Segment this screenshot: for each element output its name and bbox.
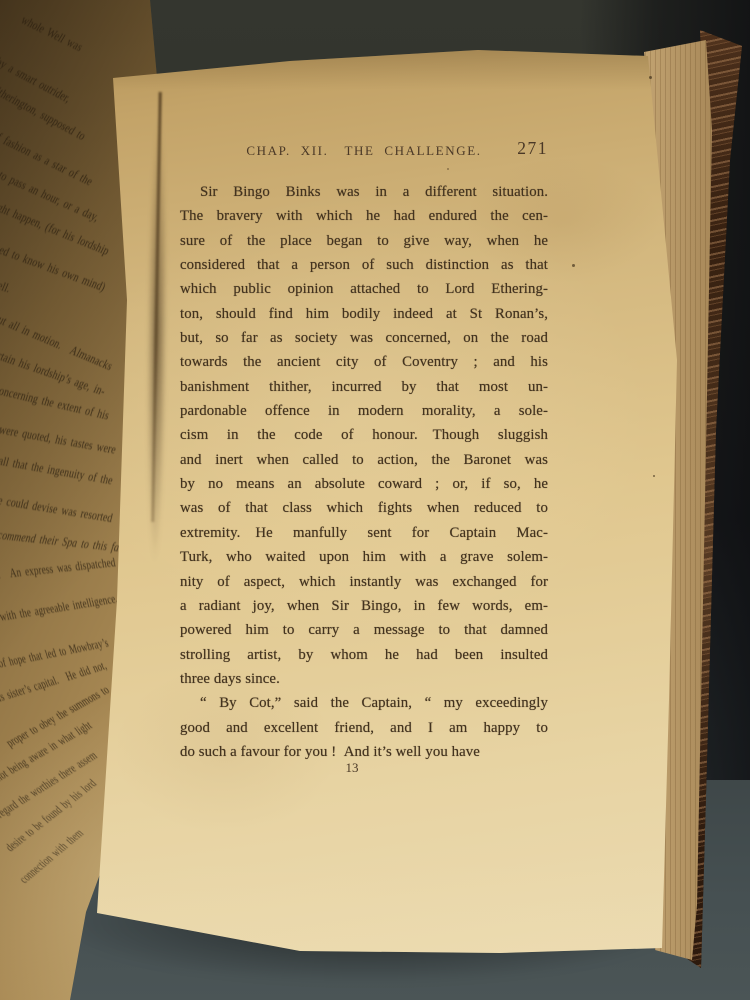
left-page-text-line: whole Well was	[18, 13, 85, 55]
text-line: cism in the code of honour. Though slugg…	[180, 423, 548, 447]
text-line: Sir Bingo Binks was in a different situa…	[180, 180, 548, 204]
text-line: strolling artist, by whom he had been in…	[180, 643, 548, 667]
text-line: The bravery with which he had endured th…	[180, 204, 548, 228]
text-line: but, so far as society was concerned, on…	[180, 326, 548, 350]
left-page-text-line: recommend their Spa to this fa-	[0, 527, 124, 556]
left-page-text-line: d all that the ingenuity of the	[0, 452, 114, 488]
ink-speck	[447, 168, 449, 170]
left-page-text-line: ell.	[0, 279, 13, 297]
book-photo: whole Well was ght by a smart outrider, …	[0, 0, 750, 1000]
text-line: sure of the place began to give way, whe…	[180, 229, 548, 253]
text-line: which public opinion attached to Lord Et…	[180, 277, 548, 301]
signature-mark: 13	[168, 760, 536, 776]
left-page-text-line: mittee could devise was resorted	[0, 490, 114, 526]
left-page-text-line: e. An express was dispatched	[0, 555, 117, 583]
text-line: banishment thither, incurred by that mos…	[180, 375, 548, 399]
text-line: considered that a person of such distinc…	[180, 253, 548, 277]
page-number: 271	[517, 138, 548, 159]
text-line: towards the ancient city of Coventry ; a…	[180, 350, 548, 374]
text-line: “ By Cot,” said the Captain, “ my exceed…	[180, 691, 548, 715]
ink-speck	[649, 76, 652, 79]
text-line: extremity. He manfully sent for Captain …	[180, 521, 548, 545]
text-line: good and excellent friend, and I am happ…	[180, 716, 548, 740]
text-line: powered him to carry a message to that d…	[180, 618, 548, 642]
ink-speck	[572, 264, 575, 267]
text-line: by no means an absolute coward ; or, if …	[180, 472, 548, 496]
page-text: Sir Bingo Binks was in a different situa…	[180, 180, 548, 764]
running-title: THE CHALLENGE.	[344, 143, 481, 158]
text-line: Turk, who waited upon him with a grave s…	[180, 545, 548, 569]
text-line: three days since.	[180, 667, 548, 691]
text-line: was of that class which fights when redu…	[180, 496, 548, 520]
left-page-text-line: its were quoted, his tastes were	[0, 420, 118, 457]
left-page-text-line: with the agreeable intelligence,	[0, 592, 119, 625]
ink-speck	[653, 475, 655, 477]
running-header: CHAP. XII.THE CHALLENGE. 271	[180, 143, 548, 159]
chapter-label: CHAP. XII.	[246, 143, 328, 158]
text-line: a radiant joy, when Sir Bingo, in few wo…	[180, 594, 548, 618]
text-line: and inert when called to action, the Bar…	[180, 448, 548, 472]
text-line: ton, should find him bodily indeed at St…	[180, 302, 548, 326]
text-line: nity of aspect, which instantly was exch…	[180, 570, 548, 594]
text-line: pardonable offence in modern morality, a…	[180, 399, 548, 423]
